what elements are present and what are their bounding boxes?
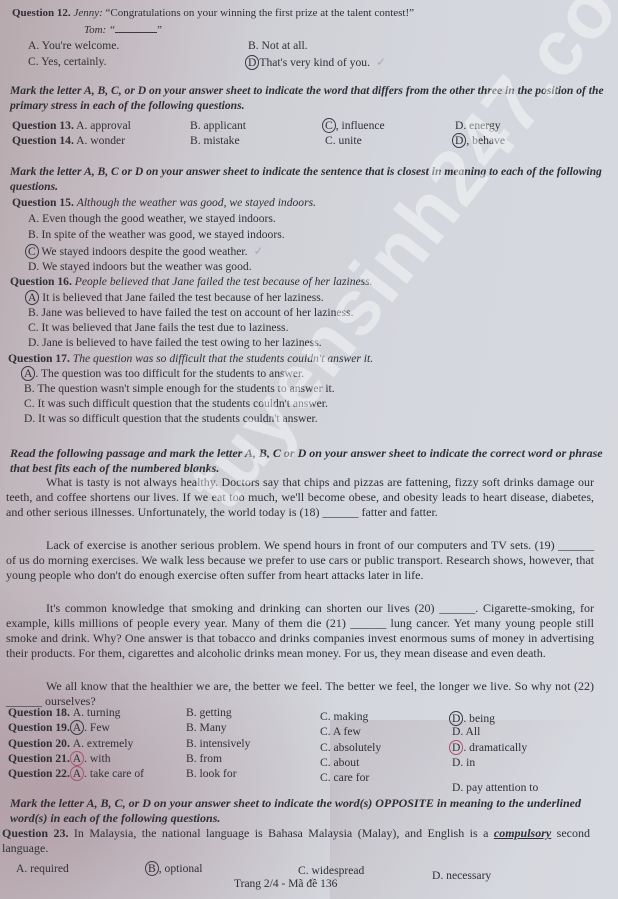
option-a: A. The question was too difficult for th…: [24, 367, 304, 381]
check-mark-icon: ✓: [376, 55, 386, 69]
dialogue-line: “Congratulations on your winning the fir…: [106, 7, 415, 19]
question-13-label: Question 13. A. approval: [12, 119, 131, 133]
option-c: C. making: [320, 710, 368, 724]
option-b: B. The question wasn't simple enough for…: [24, 382, 335, 396]
option-d: D. All: [452, 725, 480, 739]
question-label: Question 12.: [12, 7, 71, 19]
option-c: C. A few: [320, 725, 361, 739]
option-text: D. pay attention to: [452, 781, 538, 794]
meaning-instruction: Mark the letter A, B, C or D on your ans…: [10, 165, 610, 194]
option-text: C. making: [320, 710, 368, 723]
option-b: B. Many: [186, 721, 227, 735]
answer-circle: C: [25, 244, 39, 259]
question-12-response: Tom: “”: [84, 22, 162, 37]
option-b: B, optional: [148, 862, 203, 876]
option-d: D, behave: [455, 134, 505, 148]
option-a: A It is believed that Jane failed the te…: [28, 291, 324, 305]
option-c: C. widespread: [298, 864, 364, 878]
option-text: B. look for: [186, 767, 237, 780]
option-d: D. pay attention to: [452, 781, 538, 795]
option-d: D. being: [452, 712, 495, 726]
option-c: C. absolutely: [320, 741, 381, 755]
passage-instruction: Read the following passage and mark the …: [10, 446, 610, 475]
option-c: C. It was such difficult question that t…: [24, 397, 328, 411]
option-c: C. about: [320, 756, 359, 770]
answer-circle: D: [449, 740, 463, 755]
option-text: C. absolutely: [320, 741, 381, 754]
option-text: B. getting: [186, 706, 232, 719]
option-text: B. Many: [186, 721, 227, 734]
passage-paragraph: It's common knowledge that smoking and d…: [6, 601, 594, 661]
option-text: That's very kind of you.: [259, 56, 370, 69]
question-label: Question 20.: [8, 737, 73, 750]
answer-circle: D: [452, 133, 466, 148]
option-b: B. intensively: [186, 737, 250, 751]
option-text: C. care for: [320, 771, 369, 784]
answer-circle: C: [322, 118, 336, 133]
option-a: Question 21. A. with: [8, 752, 111, 766]
option-c: C. It was believed that Jane fails the t…: [28, 321, 288, 335]
stress-instruction: Mark the letter A, B, C, or D on your an…: [10, 84, 610, 113]
speaker-name: Jenny:: [73, 7, 102, 19]
option-d: D. Jane is believed to have failed the t…: [28, 336, 322, 350]
option-d: D. in: [452, 756, 475, 770]
option-a: Question 20. A. extremely: [8, 737, 133, 751]
option-text: . Few: [84, 721, 110, 734]
option-c: C We stayed indoors despite the good wea…: [28, 244, 264, 259]
passage-paragraph: We all know that the healthier we are, t…: [6, 679, 594, 709]
quote-mark: ”: [157, 24, 162, 36]
option-b: B. In spite of the weather was good, we …: [28, 228, 285, 242]
check-mark-icon: ✓: [254, 244, 264, 258]
option-text: . take care of: [84, 767, 144, 780]
option-a: A. Even though the good weather, we stay…: [28, 212, 276, 226]
passage-paragraph: What is tasty is not always healthy. Doc…: [6, 475, 594, 520]
question-17-stem: Question 17. The question was so difficu…: [8, 352, 373, 366]
option-a: Question 19. A. Few: [8, 721, 110, 735]
option-text: B. from: [186, 752, 222, 765]
option-text: C. A few: [320, 725, 361, 738]
answer-circle: D: [449, 711, 463, 726]
option-b: B. from: [186, 752, 222, 766]
option-c: C, influence: [325, 119, 385, 133]
option-c: C. unite: [325, 134, 362, 148]
question-15-stem: Question 15. Although the weather was go…: [12, 196, 316, 210]
option-text: . being: [463, 712, 495, 725]
answer-circle: D: [245, 55, 259, 70]
passage-paragraph: Lack of exercise is another serious prob…: [6, 538, 594, 583]
answer-circle: B: [145, 861, 159, 876]
option-c: C. care for: [320, 771, 369, 785]
answer-circle: A: [70, 751, 84, 766]
option-b: B. applicant: [190, 119, 246, 133]
option-a: Question 22. A. take care of: [8, 767, 144, 781]
option-text: C. about: [320, 756, 359, 769]
question-label: Question 21.: [8, 752, 73, 765]
page-footer: Trang 2/4 - Mã đề 136: [234, 878, 337, 890]
option-b: B. mistake: [190, 134, 240, 148]
option-text: D. All: [452, 725, 480, 738]
speaker-name: Tom: “: [84, 24, 115, 36]
option-text: B. intensively: [186, 737, 250, 750]
option-a: A. required: [16, 862, 69, 876]
answer-blank: [115, 22, 157, 33]
option-d: D. necessary: [432, 869, 491, 883]
answer-circle: A: [70, 766, 84, 781]
question-label: Question 22.: [8, 767, 73, 780]
opposite-instruction: Mark the letter A, B, C, or D on your an…: [10, 796, 610, 825]
option-a: A. You're welcome.: [28, 39, 119, 53]
option-c: C. Yes, certainly.: [28, 55, 106, 69]
option-d: D. dramatically: [452, 741, 527, 755]
question-label: Question 18.: [8, 706, 73, 719]
option-b: B. Jane was believed to have failed the …: [28, 306, 353, 320]
question-16-stem: Question 16. People believed that Jane f…: [10, 275, 373, 289]
option-b: B. look for: [186, 767, 237, 781]
option-text: A. extremely: [73, 737, 134, 750]
option-d: D. It was so difficult question that the…: [24, 412, 318, 426]
option-text: A. turning: [73, 706, 121, 719]
option-a: Question 18. A. turning: [8, 706, 120, 720]
option-d: D. We stayed indoors but the weather was…: [28, 260, 252, 274]
option-d: D. energy: [455, 119, 501, 133]
question-12-stem: Question 12. Jenny: “Congratulations on …: [12, 6, 414, 20]
exam-page: Question 12. Jenny: “Congratulations on …: [0, 0, 618, 899]
question-label: Question 19.: [8, 721, 73, 734]
option-b: B. Not at all.: [248, 39, 308, 53]
option-text: D. in: [452, 756, 475, 769]
question-23-stem: Question 23. In Malaysia, the national l…: [2, 826, 590, 856]
option-d: DThat's very kind of you.✓: [248, 55, 386, 70]
question-14-label: Question 14. A. wonder: [12, 134, 125, 148]
answer-circle: A: [70, 720, 84, 735]
option-text: . dramatically: [463, 741, 527, 754]
answer-circle: A: [25, 290, 39, 305]
option-b: B. getting: [186, 706, 232, 720]
answer-circle: A: [21, 366, 35, 381]
option-text: . with: [84, 752, 110, 765]
